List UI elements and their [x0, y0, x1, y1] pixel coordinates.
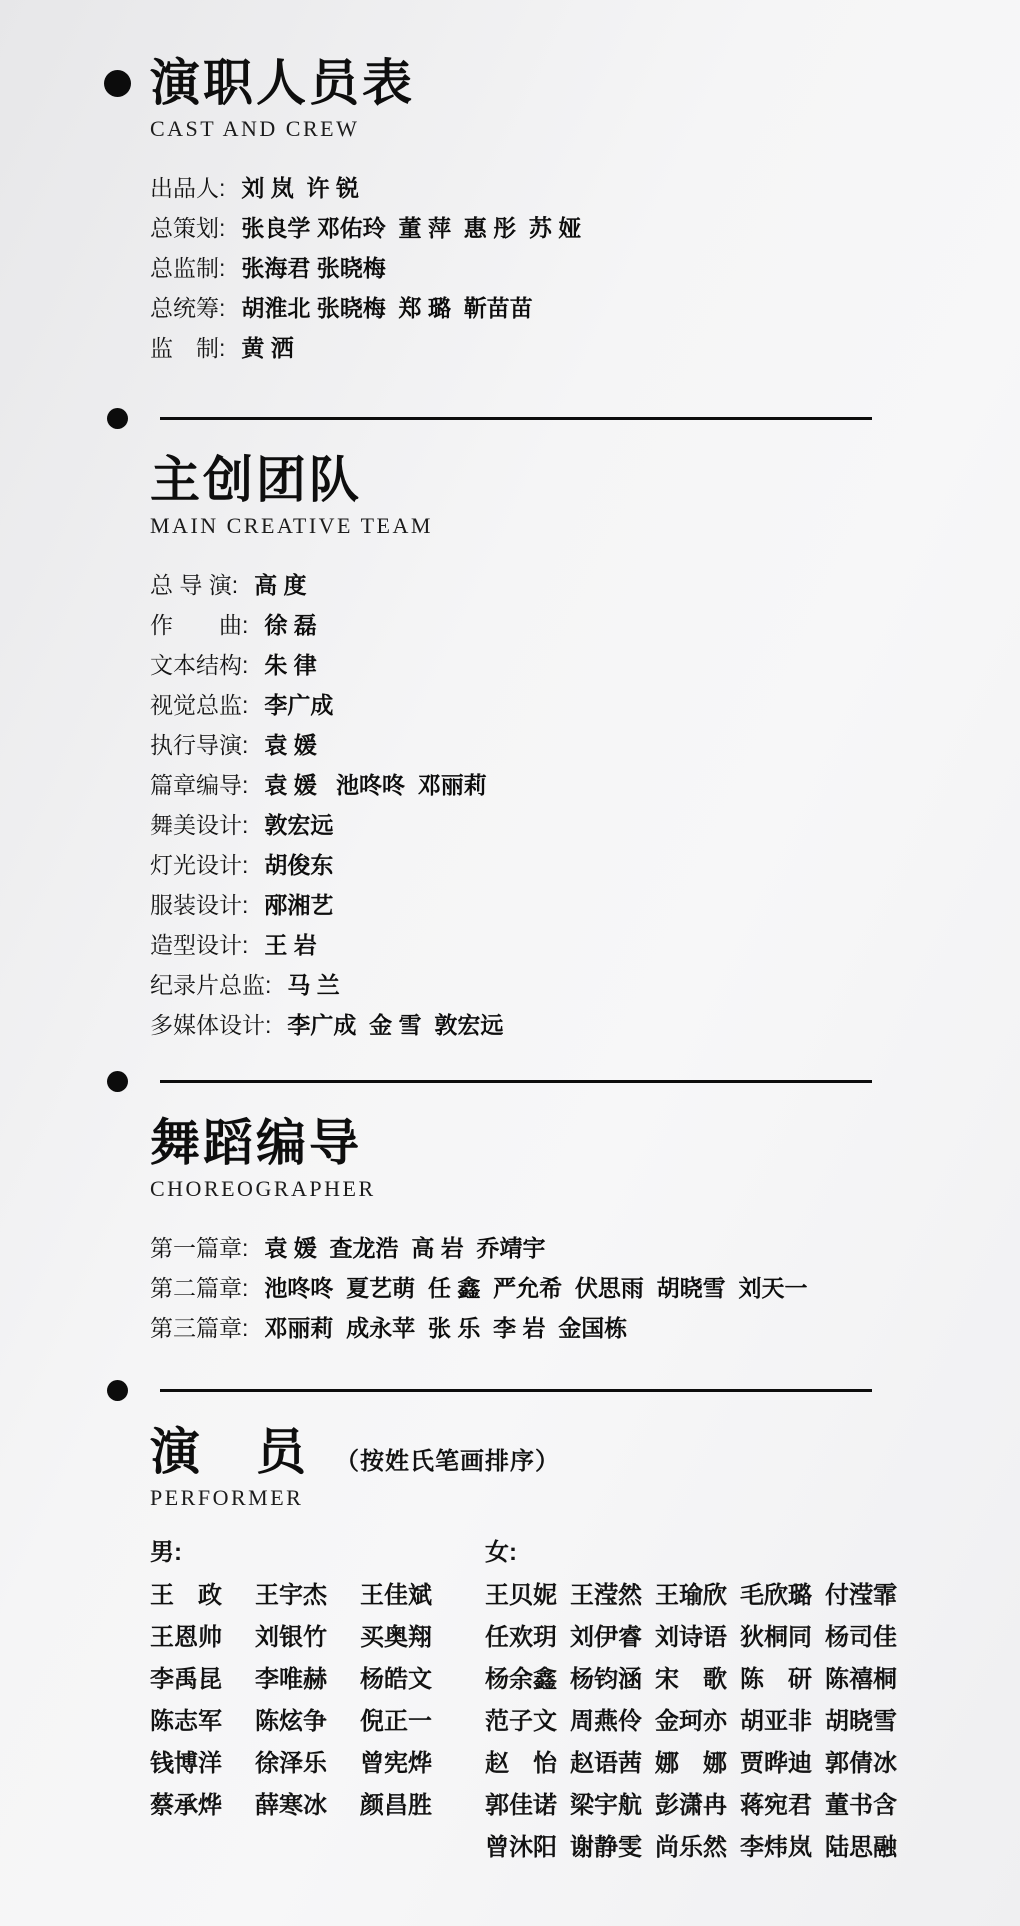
section-subtitle-choreographer: CHOREOGRAPHER: [150, 1176, 1020, 1202]
performer-name: 胡亚非: [740, 1701, 825, 1743]
performer-row: 陈志军陈炫争倪正一: [150, 1701, 485, 1743]
credit-names: 张海君 张晓梅: [241, 255, 385, 281]
performer-name: 贾晔迪: [740, 1743, 825, 1785]
performer-name: 郭倩冰: [825, 1743, 910, 1785]
credit-label: 第一篇章:: [150, 1235, 248, 1261]
performer-name: 李唯赫: [255, 1659, 360, 1701]
performer-name: 陈禧桐: [825, 1659, 910, 1701]
credit-names: 徐 磊: [264, 612, 316, 638]
credit-label: 监 制:: [150, 335, 225, 361]
performer-name: 董书含: [825, 1785, 910, 1827]
credit-names: 马 兰: [287, 972, 339, 998]
performer-name: 刘银竹: [255, 1617, 360, 1659]
section-title-creative: 主创团队: [150, 453, 1020, 508]
credits-page: 演职人员表 CAST AND CREW 出品人:刘 岚 许 锐 总策划:张良学 …: [0, 0, 1020, 1926]
credit-label: 造型设计:: [150, 932, 248, 958]
performer-row: 王恩帅刘银竹买奥翔: [150, 1617, 485, 1659]
performer-name: 任欢玥: [485, 1617, 570, 1659]
performer-name: 彭潇冉: [655, 1785, 740, 1827]
performer-name: 毛欣璐: [740, 1575, 825, 1617]
credit-line: 第一篇章:袁 媛 查龙浩 高 岩 乔靖宇: [150, 1228, 1020, 1268]
credit-names: 李广成: [264, 692, 333, 718]
performer-row: 曾沐阳谢静雯尚乐然李炜岚陆思融: [485, 1827, 910, 1869]
credit-label: 视觉总监:: [150, 692, 248, 718]
section-subtitle-creative: MAIN CREATIVE TEAM: [150, 513, 1020, 539]
performer-sort-note: （按姓氏笔画排序）: [335, 1441, 560, 1476]
performer-name: 胡晓雪: [825, 1701, 910, 1743]
performer-name: 杨司佳: [825, 1617, 910, 1659]
performer-name: 刘伊睿: [570, 1617, 655, 1659]
section-creative-header: 主创团队: [150, 453, 1020, 508]
credit-label: 灯光设计:: [150, 852, 248, 878]
credit-line: 视觉总监:李广成: [150, 685, 1020, 725]
credit-line: 总策划:张良学 邓佑玲 董 萍 惠 彤 苏 娅: [150, 208, 1020, 248]
credit-names: 高 度: [254, 572, 306, 598]
credit-label: 多媒体设计:: [150, 1012, 271, 1038]
credit-names: 刘 岚 许 锐: [241, 175, 359, 201]
credit-label: 执行导演:: [150, 732, 248, 758]
performer-name: 王佳斌: [360, 1575, 465, 1617]
credit-line: 总监制:张海君 张晓梅: [150, 248, 1020, 288]
male-label: 男:: [150, 1531, 485, 1575]
performer-name: 陈 研: [740, 1659, 825, 1701]
performer-name: 赵语茜: [570, 1743, 655, 1785]
section-cast-crew-header: 演职人员表: [104, 56, 1020, 111]
performer-name: 买奥翔: [360, 1617, 465, 1659]
credit-label: 总监制:: [150, 255, 225, 281]
performer-name: 王 政: [150, 1575, 255, 1617]
performer-name: 郭佳诺: [485, 1785, 570, 1827]
credit-line: 执行导演:袁 媛: [150, 725, 1020, 765]
performer-row: 王贝妮王滢然王瑜欣毛欣璐付滢霏: [485, 1575, 910, 1617]
performer-name: 王宇杰: [255, 1575, 360, 1617]
performer-name: 曾沐阳: [485, 1827, 570, 1869]
performer-row: 李禹昆李唯赫杨皓文: [150, 1659, 485, 1701]
credit-label: 出品人:: [150, 175, 225, 201]
performer-name: 陈炫争: [255, 1701, 360, 1743]
credit-line: 监 制:黄 洒: [150, 328, 1020, 368]
performer-name: 周燕伶: [570, 1701, 655, 1743]
page-content: 演职人员表 CAST AND CREW 出品人:刘 岚 许 锐 总策划:张良学 …: [0, 0, 1020, 1869]
credit-label: 作 曲:: [150, 612, 248, 638]
credit-label: 篇章编导:: [150, 772, 248, 798]
performer-row: 赵 怡赵语茜娜 娜贾晔迪郭倩冰: [485, 1743, 910, 1785]
credit-line: 服装设计:邴湘艺: [150, 885, 1020, 925]
bullet-icon: [104, 70, 131, 97]
performer-name: 李禹昆: [150, 1659, 255, 1701]
credit-line: 文本结构:朱 律: [150, 645, 1020, 685]
cast-crew-credits: 出品人:刘 岚 许 锐 总策划:张良学 邓佑玲 董 萍 惠 彤 苏 娅 总监制:…: [150, 168, 1020, 368]
section-divider: [107, 408, 1020, 429]
performer-name: 梁宇航: [570, 1785, 655, 1827]
divider-line: [160, 1389, 872, 1392]
credit-line: 总 导 演:高 度: [150, 565, 1020, 605]
performer-name: 钱博洋: [150, 1743, 255, 1785]
credit-line: 篇章编导:袁 媛 池咚咚 邓丽莉: [150, 765, 1020, 805]
performer-name: 范子文: [485, 1701, 570, 1743]
credit-line: 第三篇章:邓丽莉 成永苹 张 乐 李 岩 金国栋: [150, 1308, 1020, 1348]
performer-name: 倪正一: [360, 1701, 465, 1743]
performer-name: 金珂亦: [655, 1701, 740, 1743]
section-divider: [107, 1380, 1020, 1401]
performer-name: 王滢然: [570, 1575, 655, 1617]
performer-columns: 男: 王 政王宇杰王佳斌 王恩帅刘银竹买奥翔 李禹昆李唯赫杨皓文 陈志军陈炫争倪…: [150, 1531, 1020, 1869]
credit-label: 纪录片总监:: [150, 972, 271, 998]
divider-line: [160, 1080, 872, 1083]
credit-line: 多媒体设计:李广成 金 雪 敦宏远: [150, 1005, 1020, 1045]
section-divider: [107, 1071, 1020, 1092]
performer-name: 曾宪烨: [360, 1743, 465, 1785]
credit-names: 邓丽莉 成永苹 张 乐 李 岩 金国栋: [264, 1315, 627, 1341]
credit-names: 胡淮北 张晓梅 郑 璐 靳苗苗: [241, 295, 532, 321]
credit-label: 总统筹:: [150, 295, 225, 321]
credit-line: 出品人:刘 岚 许 锐: [150, 168, 1020, 208]
credit-names: 袁 媛: [264, 732, 316, 758]
section-performer-header: 演 员 （按姓氏笔画排序）: [150, 1425, 1020, 1480]
performer-name: 杨余鑫: [485, 1659, 570, 1701]
credit-names: 张良学 邓佑玲 董 萍 惠 彤 苏 娅: [241, 215, 581, 241]
credit-names: 胡俊东: [264, 852, 333, 878]
credit-line: 作 曲:徐 磊: [150, 605, 1020, 645]
section-title-performer: 演 员: [150, 1425, 309, 1480]
choreographer-credits: 第一篇章:袁 媛 查龙浩 高 岩 乔靖宇 第二篇章:池咚咚 夏艺萌 任 鑫 严允…: [150, 1228, 1020, 1348]
performer-name: 薛寒冰: [255, 1785, 360, 1827]
performer-name: 娜 娜: [655, 1743, 740, 1785]
credit-line: 总统筹:胡淮北 张晓梅 郑 璐 靳苗苗: [150, 288, 1020, 328]
credit-names: 袁 媛 查龙浩 高 岩 乔靖宇: [264, 1235, 545, 1261]
section-title-cast-crew: 演职人员表: [150, 56, 415, 111]
performer-name: 谢静雯: [570, 1827, 655, 1869]
performer-row: 蔡承烨薛寒冰颜昌胜: [150, 1785, 485, 1827]
credit-names: 黄 洒: [241, 335, 293, 361]
performer-name: 徐泽乐: [255, 1743, 360, 1785]
credit-label: 第三篇章:: [150, 1315, 248, 1341]
credit-line: 舞美设计:敦宏远: [150, 805, 1020, 845]
credit-names: 敦宏远: [264, 812, 333, 838]
credit-names: 王 岩: [264, 932, 316, 958]
credit-names: 池咚咚 夏艺萌 任 鑫 严允希 伏思雨 胡晓雪 刘天一: [264, 1275, 807, 1301]
performer-name: 陆思融: [825, 1827, 910, 1869]
performer-name: 王贝妮: [485, 1575, 570, 1617]
section-choreographer-header: 舞蹈编导: [150, 1116, 1020, 1171]
credit-line: 纪录片总监:马 兰: [150, 965, 1020, 1005]
bullet-icon: [107, 1071, 128, 1092]
credit-label: 文本结构:: [150, 652, 248, 678]
performer-name: 陈志军: [150, 1701, 255, 1743]
credit-line: 造型设计:王 岩: [150, 925, 1020, 965]
performer-name: 蔡承烨: [150, 1785, 255, 1827]
credit-label: 服装设计:: [150, 892, 248, 918]
performer-name: 王恩帅: [150, 1617, 255, 1659]
performer-row: 王 政王宇杰王佳斌: [150, 1575, 485, 1617]
performer-name: 李炜岚: [740, 1827, 825, 1869]
performer-name: 宋 歌: [655, 1659, 740, 1701]
performer-name: 颜昌胜: [360, 1785, 465, 1827]
credit-line: 第二篇章:池咚咚 夏艺萌 任 鑫 严允希 伏思雨 胡晓雪 刘天一: [150, 1268, 1020, 1308]
performer-row: 范子文周燕伶金珂亦胡亚非胡晓雪: [485, 1701, 910, 1743]
performer-row: 钱博洋徐泽乐曾宪烨: [150, 1743, 485, 1785]
performer-name: 杨钧涵: [570, 1659, 655, 1701]
credit-line: 灯光设计:胡俊东: [150, 845, 1020, 885]
credit-label: 总策划:: [150, 215, 225, 241]
performer-name: 狄桐同: [740, 1617, 825, 1659]
bullet-icon: [107, 408, 128, 429]
credit-names: 邴湘艺: [264, 892, 333, 918]
bullet-icon: [107, 1380, 128, 1401]
section-subtitle-cast-crew: CAST AND CREW: [150, 116, 1020, 142]
creative-credits: 总 导 演:高 度 作 曲:徐 磊 文本结构:朱 律 视觉总监:李广成 执行导演…: [150, 565, 1020, 1045]
section-title-choreographer: 舞蹈编导: [150, 1116, 1020, 1171]
performer-name: 蒋宛君: [740, 1785, 825, 1827]
performer-name: 王瑜欣: [655, 1575, 740, 1617]
credit-label: 舞美设计:: [150, 812, 248, 838]
performer-row: 郭佳诺梁宇航彭潇冉蒋宛君董书含: [485, 1785, 910, 1827]
female-performers-column: 女: 王贝妮王滢然王瑜欣毛欣璐付滢霏 任欢玥刘伊睿刘诗语狄桐同杨司佳 杨余鑫杨钧…: [485, 1531, 910, 1869]
male-performers-column: 男: 王 政王宇杰王佳斌 王恩帅刘银竹买奥翔 李禹昆李唯赫杨皓文 陈志军陈炫争倪…: [150, 1531, 485, 1869]
performer-row: 任欢玥刘伊睿刘诗语狄桐同杨司佳: [485, 1617, 910, 1659]
section-subtitle-performer: PERFORMER: [150, 1485, 1020, 1511]
credit-label: 总 导 演:: [150, 572, 238, 598]
credit-names: 袁 媛 池咚咚 邓丽莉: [264, 772, 486, 798]
credit-names: 李广成 金 雪 敦宏远: [287, 1012, 503, 1038]
credit-label: 第二篇章:: [150, 1275, 248, 1301]
performer-name: 刘诗语: [655, 1617, 740, 1659]
performer-name: 杨皓文: [360, 1659, 465, 1701]
performer-name: 付滢霏: [825, 1575, 910, 1617]
performer-row: 杨余鑫杨钧涵宋 歌陈 研陈禧桐: [485, 1659, 910, 1701]
divider-line: [160, 417, 872, 420]
female-label: 女:: [485, 1531, 910, 1575]
credit-names: 朱 律: [264, 652, 316, 678]
performer-name: 赵 怡: [485, 1743, 570, 1785]
performer-name: 尚乐然: [655, 1827, 740, 1869]
